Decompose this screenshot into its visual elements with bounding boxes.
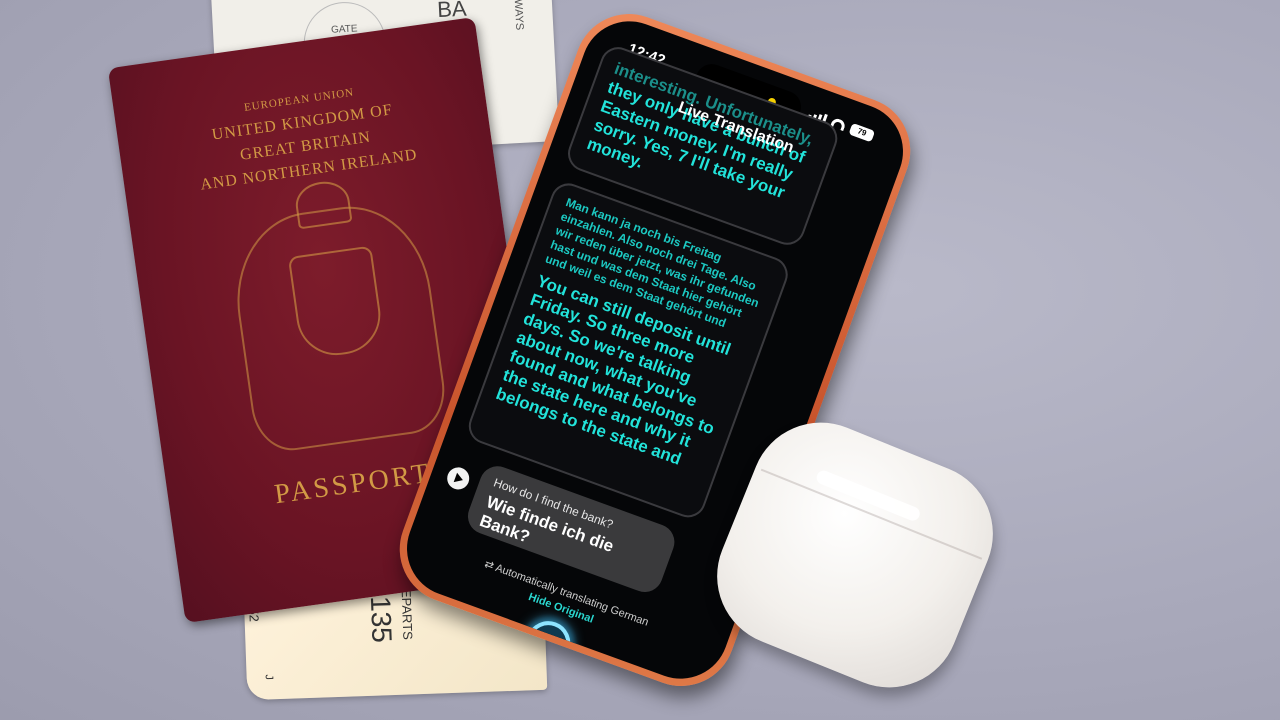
pass-letter: J — [263, 674, 275, 680]
airpods-lid-seam — [761, 469, 982, 560]
battery-icon: 79 — [848, 123, 875, 142]
play-audio-button[interactable] — [444, 464, 472, 492]
airpods-highlight — [815, 469, 922, 523]
airline-name: AIRWAYS — [511, 0, 526, 31]
royal-coat-of-arms-icon — [226, 197, 451, 456]
